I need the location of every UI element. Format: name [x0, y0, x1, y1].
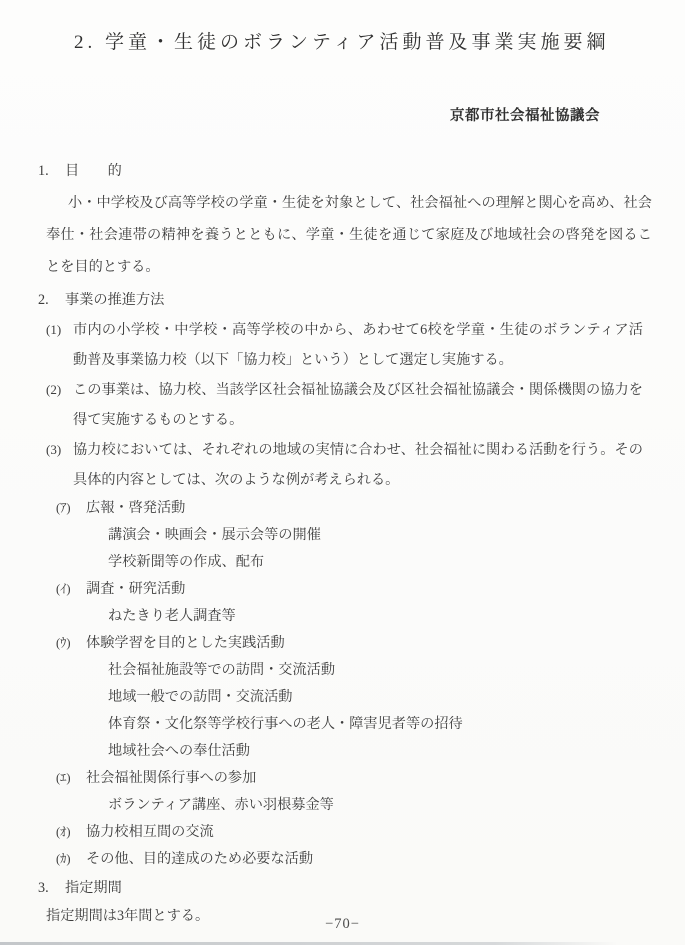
subitem-u: (ｳ) 体験学習を目的とした実践活動: [0, 630, 685, 657]
example-line: 地域社会への奉仕活動: [0, 738, 685, 765]
example-line: 体育祭・文化祭等学校行事への老人・障害児者等の招待: [0, 711, 685, 738]
document-page: 2. 学童・生徒のボランティア活動普及事業実施要綱 京都市社会福祉協議会 1. …: [0, 0, 685, 945]
example-line: ねたきり老人調査等: [0, 603, 685, 630]
subitem-o: (ｵ) 協力校相互間の交流: [0, 819, 685, 846]
page-number: −70−: [0, 916, 685, 933]
section-number: 1.: [38, 160, 65, 182]
numbered-item-3: (3) 協力校においては、それぞれの地域の実情に合わせ、社会福祉に関わる活動を行…: [0, 435, 685, 495]
subitem-title: 協力校相互間の交流: [86, 819, 214, 846]
numbered-item-2: (2) この事業は、協力校、当該学区社会福祉協議会及び区社会福祉協議会・関係機関…: [0, 375, 685, 435]
section-3-heading-row: 3. 指定期間: [0, 877, 685, 899]
document-title: 2. 学童・生徒のボランティア活動普及事業実施要綱: [74, 27, 645, 54]
example-line: 講演会・映画会・展示会等の開催: [0, 522, 685, 549]
subitem-marker: (ｱ): [56, 495, 86, 522]
example-line: ボランティア講座、赤い羽根募金等: [0, 792, 685, 819]
subitem-title: その他、目的達成のため必要な活動: [86, 846, 313, 873]
numbered-item-1: (1) 市内の小学校・中学校・高等学校の中から、あわせて6校を学童・生徒のボラン…: [0, 315, 685, 375]
organization-name: 京都市社会福祉協議会: [0, 104, 600, 125]
item-text: 協力校においては、それぞれの地域の実情に合わせ、社会福祉に関わる活動を行う。その…: [73, 435, 643, 495]
example-line: 社会福祉施設等での訪問・交流活動: [0, 657, 685, 684]
subitem-marker: (ｴ): [56, 765, 86, 792]
section-heading: 目 的: [65, 160, 122, 182]
subitem-i: (ｲ) 調査・研究活動: [0, 576, 685, 603]
subitem-e: (ｴ) 社会福祉関係行事への参加: [0, 765, 685, 792]
subitem-title: 調査・研究活動: [86, 576, 185, 603]
purpose-paragraph: 小・中学校及び高等学校の学童・生徒を対象として、社会福祉への理解と関心を高め、社…: [46, 187, 652, 283]
section-1-heading-row: 1. 目 的: [0, 160, 685, 182]
subitem-marker: (ｳ): [56, 630, 86, 657]
item-marker: (2): [46, 375, 73, 435]
subitem-marker: (ｵ): [56, 819, 86, 846]
item-marker: (1): [46, 315, 73, 375]
subitem-a: (ｱ) 広報・啓発活動: [0, 495, 685, 522]
section-number: 2.: [38, 289, 65, 311]
example-line: 学校新聞等の作成、配布: [0, 549, 685, 576]
item-text: 市内の小学校・中学校・高等学校の中から、あわせて6校を学童・生徒のボランティア活…: [73, 315, 643, 375]
section-heading: 指定期間: [65, 877, 122, 899]
section-2-items: (1) 市内の小学校・中学校・高等学校の中から、あわせて6校を学童・生徒のボラン…: [0, 315, 685, 873]
section-number: 3.: [38, 877, 65, 899]
subitem-ka: (ｶ) その他、目的達成のため必要な活動: [0, 846, 685, 873]
subitem-title: 体験学習を目的とした実践活動: [86, 630, 285, 657]
item-marker: (3): [46, 435, 73, 495]
subitem-title: 社会福祉関係行事への参加: [86, 765, 256, 792]
section-heading: 事業の推進方法: [65, 289, 164, 311]
subitem-marker: (ｲ): [56, 576, 86, 603]
subitem-marker: (ｶ): [56, 846, 86, 873]
example-line: 地域一般での訪問・交流活動: [0, 684, 685, 711]
item-text: この事業は、協力校、当該学区社会福祉協議会及び区社会福祉協議会・関係機関の協力を…: [73, 375, 643, 435]
subitem-title: 広報・啓発活動: [86, 495, 185, 522]
section-2-heading-row: 2. 事業の推進方法: [0, 289, 685, 311]
